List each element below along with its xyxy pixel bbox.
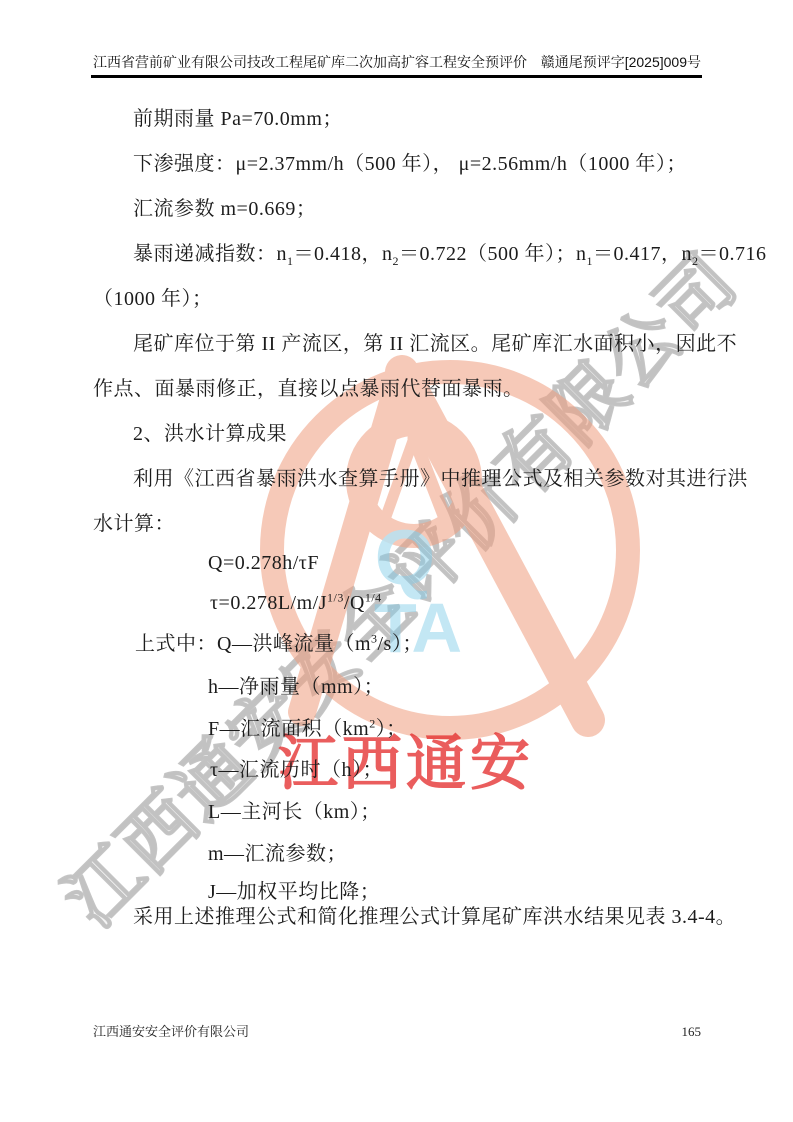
text-fragment: ）；: [376, 718, 407, 740]
body-line-rainfall: 前期雨量 Pa=70.0mm；: [133, 106, 343, 132]
definition-l: L—主河长（km）；: [208, 799, 381, 825]
text-fragment: ＝0.722（500 年）；n: [399, 243, 587, 265]
page-footer: 江西通安安全评价有限公司 165: [93, 1021, 701, 1040]
definition-q: 上式中：Q—洪峰流量（m3/s）；: [135, 631, 423, 657]
logo-big-a-right-leg: [402, 372, 588, 720]
superscript: 1/3: [327, 590, 344, 604]
section-heading-flood-results: 2、洪水计算成果: [133, 421, 287, 447]
definition-f: F—汇流面积（km2）；: [208, 716, 407, 742]
header-rule: [91, 75, 702, 78]
definition-tau: τ—汇流历时（h）；: [210, 757, 383, 783]
body-line-closing: 采用上述推理公式和简化推理公式计算尾矿库洪水结果见表 3.4-4。: [133, 904, 736, 930]
text-fragment: /s）；: [378, 633, 423, 655]
text-fragment: ＝0.418，n: [294, 243, 393, 265]
formula-peak-flow: Q=0.278h/τF: [208, 550, 319, 576]
logo-big-a-left-leg: [302, 372, 402, 712]
text-fragment: ＝0.716: [699, 243, 767, 265]
formula-conflux-duration: τ=0.278L/m/J1/3/Q1/4: [210, 590, 382, 616]
page-header: 江西省营前矿业有限公司技改工程尾矿库二次加高扩容工程安全预评价 赣通尾预评字[2…: [93, 52, 701, 72]
body-line-conflux-param: 汇流参数 m=0.669；: [133, 196, 316, 222]
text-fragment: /Q: [344, 592, 365, 614]
body-line-seepage: 下渗强度：μ=2.37mm/h（500 年）， μ=2.56mm/h（1000 …: [133, 151, 687, 177]
footer-company-name: 江西通安安全评价有限公司: [93, 1021, 249, 1040]
body-line-manual-1: 利用《江西省暴雨洪水查算手册》中推理公式及相关参数对其进行洪: [133, 466, 748, 492]
definition-h: h—净雨量（mm）；: [208, 674, 384, 700]
body-line-storm-index: 暴雨递减指数：n1＝0.418，n2＝0.722（500 年）；n1＝0.417…: [133, 241, 767, 267]
text-fragment: 暴雨递减指数：n: [133, 243, 287, 265]
logo-letter-q: Q: [375, 513, 436, 601]
document-page: 江西通安安全评价有限公司 Q TA 江西通安 江西省营前矿业有限公司技改工程尾矿…: [0, 0, 793, 1122]
superscript: 1/4: [365, 590, 382, 604]
body-line-zone-1: 尾矿库位于第 II 产流区，第 II 汇流区。尾矿库汇水面积小，因此不: [133, 331, 737, 357]
text-fragment: ＝0.417，n: [593, 243, 692, 265]
header-doc-number: 赣通尾预评字[2025]009号: [541, 52, 701, 72]
text-fragment: 上式中：Q—洪峰流量（m: [135, 633, 371, 655]
body-line-storm-index-wrap: （1000 年）；: [93, 286, 213, 312]
definition-m: m—汇流参数；: [208, 841, 347, 867]
body-line-manual-2: 水计算：: [93, 511, 175, 537]
body-line-zone-2: 作点、面暴雨修正，直接以点暴雨代替面暴雨。: [93, 376, 524, 402]
page-number: 165: [682, 1024, 702, 1040]
text-fragment: τ=0.278L/m/J: [210, 592, 327, 614]
text-fragment: F—汇流面积（km: [208, 718, 369, 740]
definition-j: J—加权平均比降；: [208, 879, 380, 905]
header-report-title: 江西省营前矿业有限公司技改工程尾矿库二次加高扩容工程安全预评价: [93, 52, 527, 72]
